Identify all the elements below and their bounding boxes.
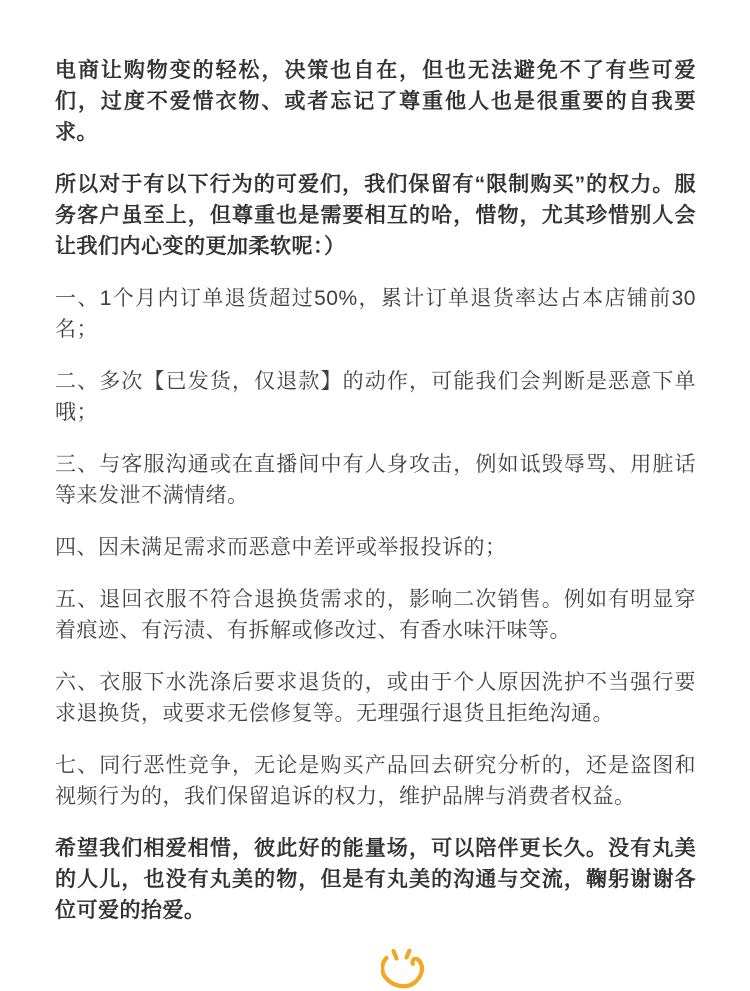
- rule-item-3: 三、与客服沟通或在直播间中有人身攻击，例如诋毁辱骂、用脏话等来发泄不满情绪。: [55, 449, 696, 511]
- policy-notice-document: 电商让购物变的轻松，决策也自在，但也无法避免不了有些可爱们，过度不爱惜衣物、或者…: [0, 0, 750, 991]
- smiley-face-icon: [381, 949, 427, 991]
- footer-icon-area: [55, 949, 696, 991]
- closing-paragraph: 希望我们相爱相惜，彼此好的能量场，可以陪伴更长久。没有丸美的人儿，也没有丸美的物…: [55, 833, 696, 926]
- rule-item-6: 六、衣服下水洗涤后要求退货的，或由于个人原因洗护不当强行要求退换货，或要求无偿修…: [55, 667, 696, 729]
- rule-item-4: 四、因未满足需求而恶意中差评或举报投诉的；: [55, 532, 696, 563]
- intro-paragraph-2: 所以对于有以下行为的可爱们，我们保留有“限制购买”的权力。服务客户虽至上，但尊重…: [55, 169, 696, 262]
- rule-item-7: 七、同行恶性竞争，无论是购买产品回去研究分析的，还是盗图和视频行为的，我们保留追…: [55, 750, 696, 812]
- rule-item-1: 一、1个月内订单退货超过50%，累计订单退货率达占本店铺前30名；: [55, 283, 696, 345]
- intro-paragraph-1: 电商让购物变的轻松，决策也自在，但也无法避免不了有些可爱们，过度不爱惜衣物、或者…: [55, 55, 696, 148]
- rule-item-5: 五、退回衣服不符合退换货需求的，影响二次销售。例如有明显穿着痕迹、有污渍、有拆解…: [55, 584, 696, 646]
- rule-item-2: 二、多次【已发货，仅退款】的动作，可能我们会判断是恶意下单哦；: [55, 366, 696, 428]
